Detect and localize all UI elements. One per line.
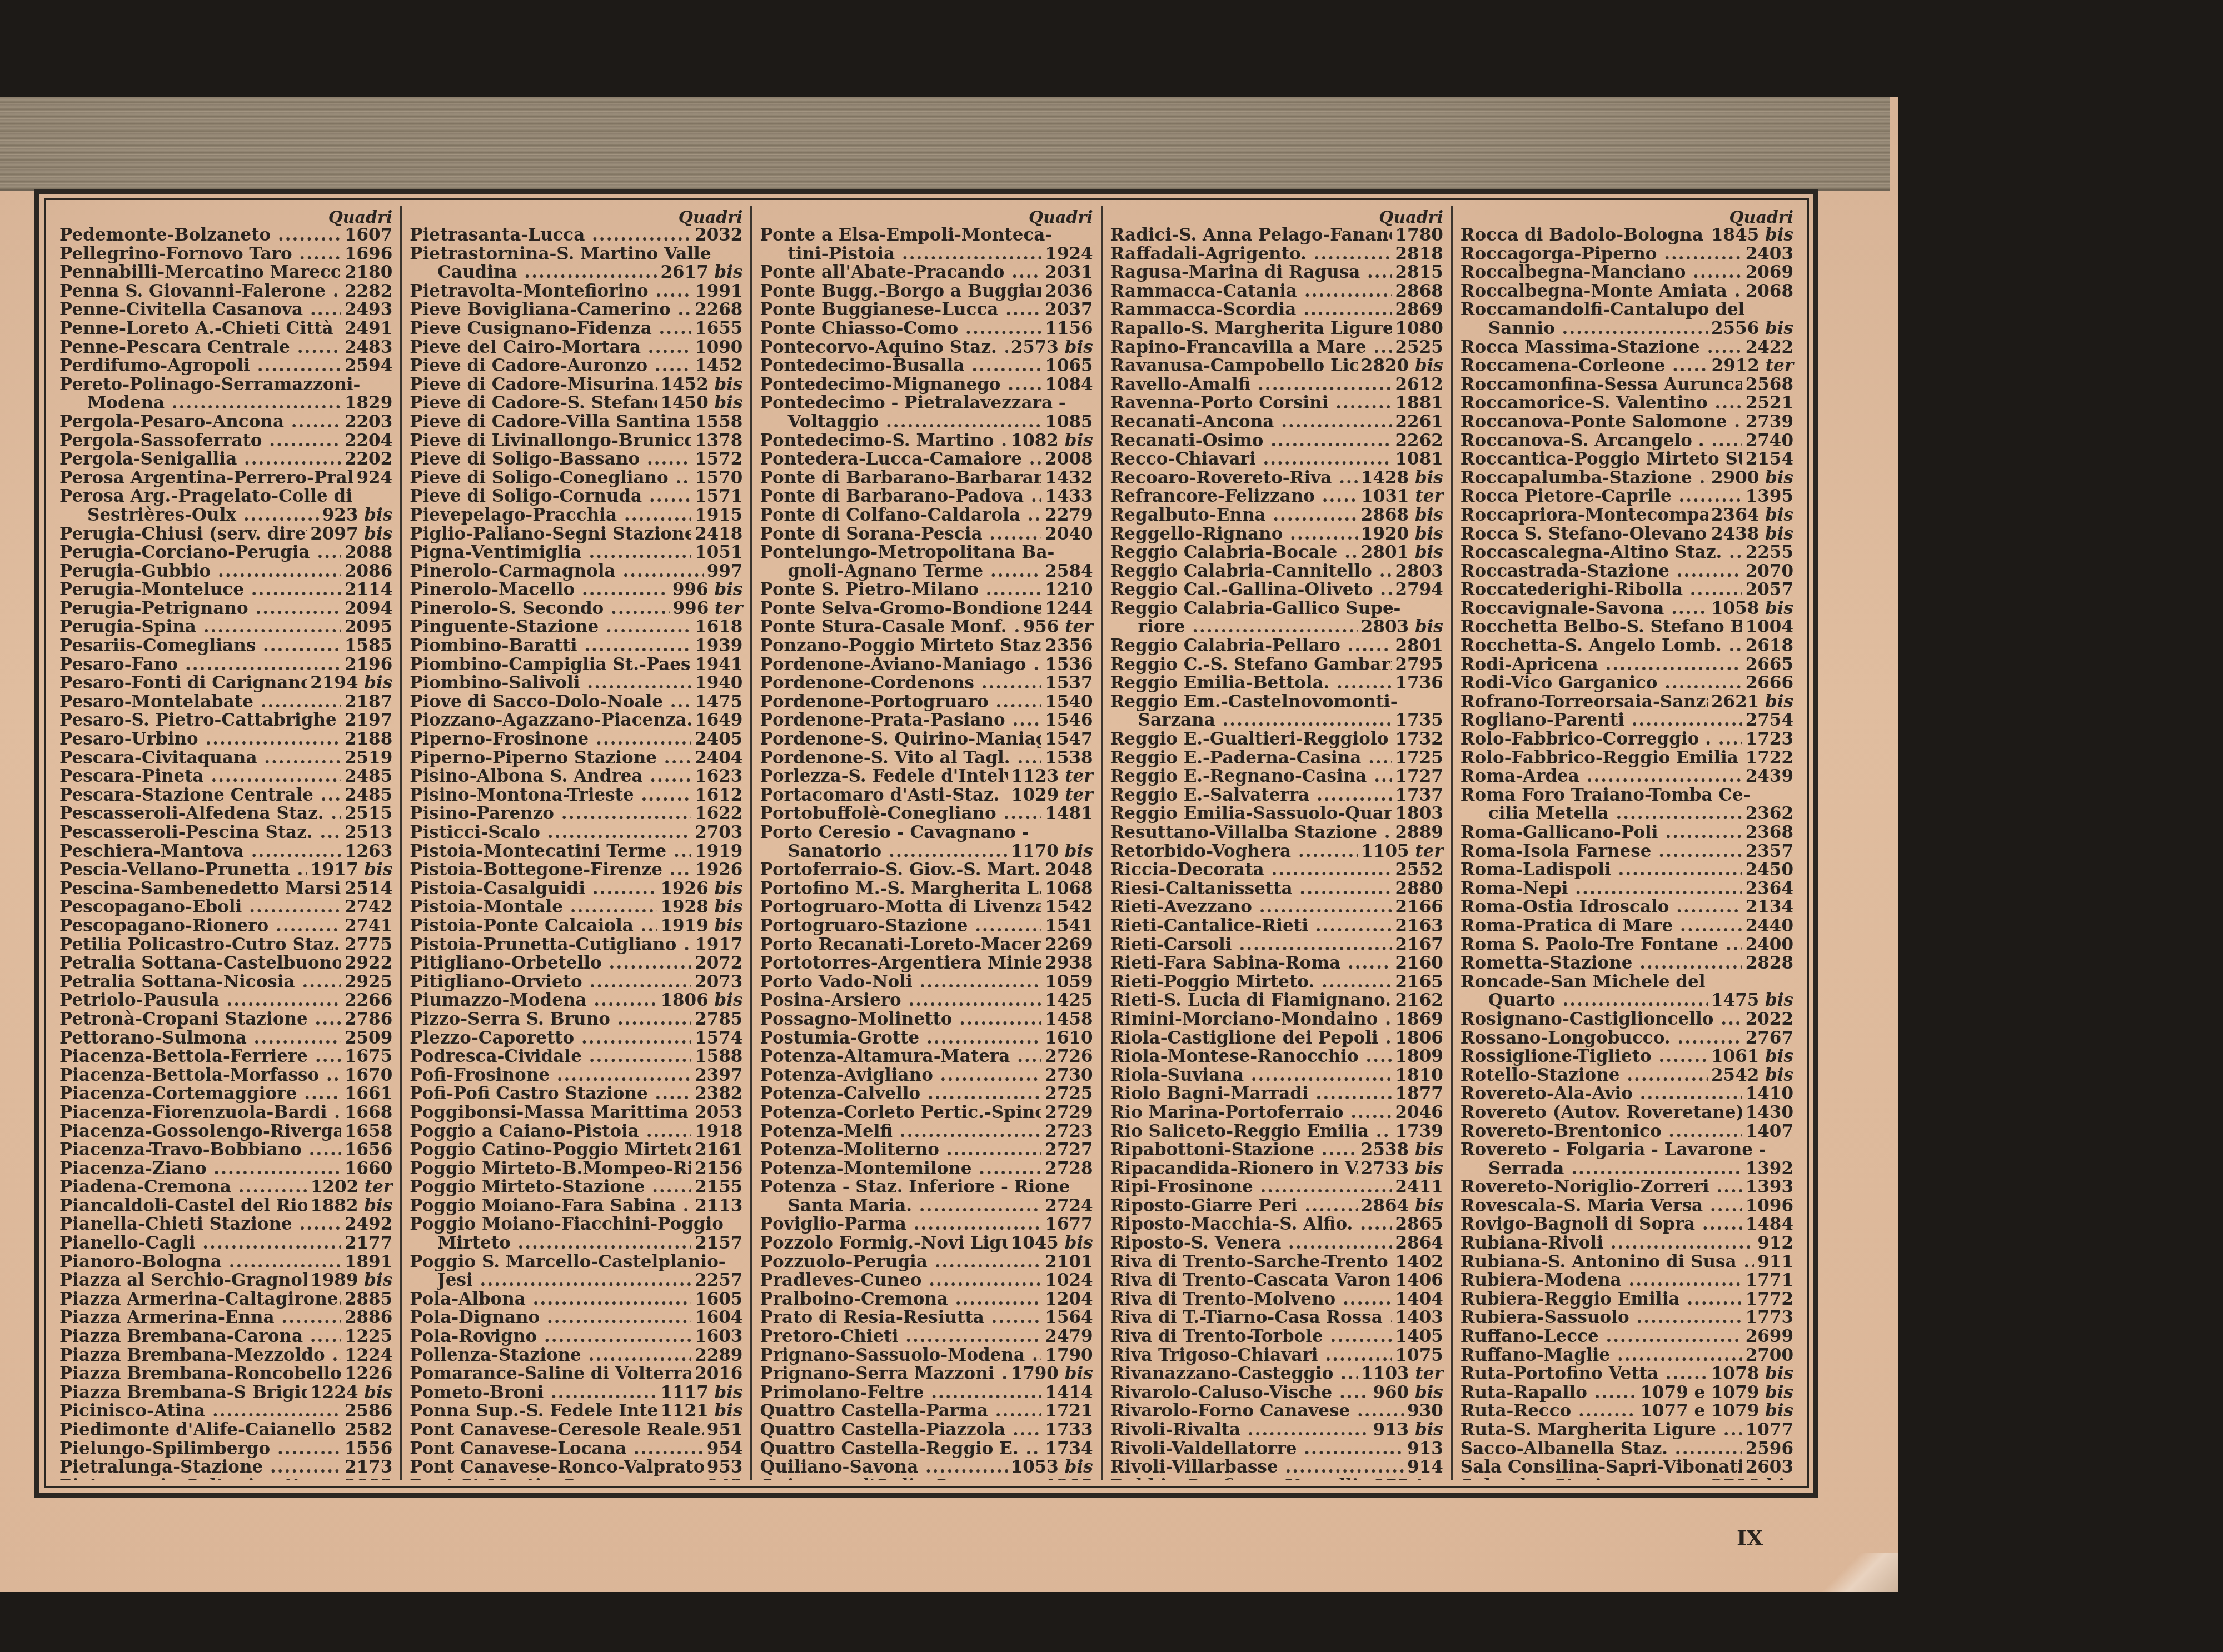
table-number: 2521 xyxy=(1742,394,1793,413)
route-name: Portotorres-Argentiera Miniera xyxy=(760,954,1041,973)
route-name: Porto Recanati-Loreto-Macerata xyxy=(760,936,1041,955)
route-name: Riposto-Giarre Peri xyxy=(1110,1197,1358,1216)
route-name: Recanati-Osimo xyxy=(1110,432,1392,451)
route-name: Potenza-Melfi xyxy=(760,1122,1041,1141)
table-number-value: 1452 xyxy=(695,356,742,376)
route-name: Pordenone-S. Vito al Tagl. xyxy=(760,749,1041,768)
table-number: 2706 bis xyxy=(1708,1477,1793,1480)
table-number: 2729 xyxy=(1041,1104,1093,1122)
route-name: Pordenone-S. Quirino-Maniago xyxy=(760,730,1041,749)
route-name: Ponte Bugg.-Borgo a Buggiano xyxy=(760,282,1041,301)
table-number: 2801 bis xyxy=(1358,543,1443,562)
table-number-value: 2869 xyxy=(1395,300,1443,320)
index-entry: Rieti-Fara Sabina-Roma2160 xyxy=(1110,954,1443,973)
table-number xyxy=(739,1215,742,1234)
table-number: 1024 xyxy=(1041,1271,1093,1290)
table-number-suffix: ter xyxy=(1065,785,1093,805)
route-name: Possagno-Molinetto xyxy=(760,1010,1041,1029)
table-number-value: 2568 xyxy=(1746,375,1793,395)
index-entry: Ruta-Recco1077 e 1079 bis xyxy=(1461,1402,1793,1421)
table-number: 2262 xyxy=(1392,432,1443,451)
table-number: 1156 xyxy=(1041,320,1093,338)
table-number-value: 2795 xyxy=(1395,655,1443,675)
index-entry: Rubiera-Modena1771 xyxy=(1461,1271,1793,1290)
index-entry: Quiliano-Savona1053 bis xyxy=(760,1458,1093,1477)
table-number: 1205 xyxy=(1041,1477,1093,1480)
table-number: 1610 xyxy=(1041,1029,1093,1048)
table-number-value: 1414 xyxy=(1045,1383,1093,1403)
route-name: Roma S. Paolo-Tre Fontane xyxy=(1461,936,1742,955)
table-number-value: 2519 xyxy=(345,748,392,768)
index-entry: Pordenone-Cordenons1537 xyxy=(760,674,1093,693)
route-name: Porto Ceresio - Cavagnano - xyxy=(760,823,1089,842)
table-number: 2666 xyxy=(1742,674,1793,693)
table-number-value: 1031 xyxy=(1361,486,1409,506)
table-number-value: 1096 xyxy=(1746,1196,1793,1216)
table-number-suffix: bis xyxy=(1065,337,1093,357)
table-number: 2438 bis xyxy=(1708,525,1793,544)
table-number-value: 1075 xyxy=(1395,1345,1443,1365)
route-name: Ponte a Elsa-Empoli-Monteca- xyxy=(760,226,1089,245)
table-number-suffix: bis xyxy=(715,262,743,282)
table-number-value: 1891 xyxy=(345,1252,392,1272)
table-number-value: 1810 xyxy=(1395,1065,1443,1085)
table-number-value: 2072 xyxy=(695,953,742,973)
table-number: 1558 xyxy=(691,413,742,432)
route-name: Riva di Trento-Molveno xyxy=(1110,1290,1392,1309)
table-number: 2742 xyxy=(341,898,392,917)
column-header-quadri: Quadri xyxy=(1110,209,1443,226)
index-entry: Rieti-Poggio Mirteto.2165 xyxy=(1110,973,1443,992)
route-name: Reggio Calabria-Cannitello xyxy=(1110,562,1392,581)
index-entry: Ravanusa-Campobello Licata2820 bis xyxy=(1110,357,1443,376)
table-number-value: 2724 xyxy=(1045,1196,1093,1216)
index-entry: Potenza-Moliterno2727 xyxy=(760,1141,1093,1160)
index-entry: Ponte di Colfano-Caldarola2279 xyxy=(760,506,1093,525)
route-name: Pinguente-Stazione xyxy=(410,618,691,637)
table-number: 2261 xyxy=(1392,413,1443,432)
index-entry: Ponte Chiasso-Como1156 xyxy=(760,320,1093,338)
index-entry: Retorbido-Voghera1105 ter xyxy=(1110,842,1443,861)
route-name: Rivarolo-Caluso-Vische xyxy=(1110,1384,1370,1403)
table-number-suffix: bis xyxy=(1765,1065,1793,1085)
table-number-value: 1475 xyxy=(695,692,742,712)
table-number-value: 1556 xyxy=(345,1439,392,1459)
table-number-suffix: ter xyxy=(365,1177,392,1197)
route-name: Pitigliano-Orvieto xyxy=(410,973,691,992)
table-number-value: 2040 xyxy=(1045,524,1093,544)
table-number: 2922 xyxy=(341,954,392,973)
table-number: 1085 xyxy=(1041,413,1093,432)
table-number: 2166 xyxy=(1392,898,1443,917)
table-number-suffix: bis xyxy=(364,860,392,880)
route-name: Pievepelago-Pracchia xyxy=(410,506,691,525)
route-name: Pieve di Cadore-Villa Santina xyxy=(410,413,691,432)
table-number-value: 2880 xyxy=(1395,879,1443,899)
table-number-suffix: bis xyxy=(1765,1476,1793,1480)
table-number: 1829 xyxy=(341,394,392,413)
route-name: Rieti-Cantalice-Rieti xyxy=(1110,917,1392,936)
table-number: 2767 xyxy=(1742,1029,1793,1048)
table-number-value: 1430 xyxy=(1746,1102,1793,1122)
table-number-value: 2515 xyxy=(345,803,392,823)
table-number: 1407 xyxy=(1742,1122,1793,1141)
index-entry: Pieve di Cadore-Auronzo1452 xyxy=(410,357,742,376)
route-name: Rieti-Poggio Mirteto. xyxy=(1110,973,1392,992)
table-number: 2885 xyxy=(341,1290,392,1309)
index-entry: Rocca Pietore-Caprile1395 xyxy=(1461,487,1793,506)
route-name: Pordenone-Portogruaro xyxy=(760,693,1041,712)
index-entry: Rotello-Stazione2542 bis xyxy=(1461,1066,1793,1085)
table-number-value: 2801 xyxy=(1361,542,1409,562)
table-number-value: 1806 xyxy=(660,990,708,1010)
route-name: Pisino-Parenzo xyxy=(410,805,691,823)
index-entry: Piacenza-Ziano1660 xyxy=(59,1160,392,1179)
table-number-value: 996 xyxy=(672,580,709,600)
route-name: Riva di Trento-Torbole xyxy=(1110,1327,1392,1346)
table-number-value: 1123 xyxy=(1011,766,1059,786)
index-entry: Pesaro-Fonti di Carignano2194 bis xyxy=(59,674,392,693)
table-number-value: 2775 xyxy=(345,935,392,955)
table-number-value: 1660 xyxy=(345,1159,392,1179)
table-number: 1919 xyxy=(691,842,742,861)
index-entry: Roccamandolfi-Cantalupo del xyxy=(1461,301,1793,320)
table-number-value: 2479 xyxy=(1045,1326,1093,1346)
table-number: 1537 xyxy=(1041,674,1093,693)
index-entry: Pieve di Livinallongo-Brunico1378 xyxy=(410,432,742,451)
route-name: Pometo-Broni xyxy=(410,1384,657,1403)
table-number: 2031 xyxy=(1041,263,1093,282)
index-entry: Petralia Sottana-Nicosia2925 xyxy=(59,973,392,992)
table-number: 1564 xyxy=(1041,1309,1093,1327)
route-name: Pozzuolo-Perugia xyxy=(760,1253,1041,1272)
index-entry: Perugia-Corciano-Perugia2088 xyxy=(59,543,392,562)
index-entry: Rapallo-S. Margherita Ligure.1080 xyxy=(1110,320,1443,338)
index-entry: Potenza-Avigliano2730 xyxy=(760,1066,1093,1085)
table-number-value: 2617 xyxy=(660,262,708,282)
table-number: 1425 xyxy=(1041,991,1093,1010)
table-number: 2514 xyxy=(341,880,392,899)
route-name: Piazza Armerina-Caltagirone. xyxy=(59,1290,341,1309)
table-number: 2492 xyxy=(341,1215,392,1234)
index-entry: Pinerolo-Carmagnola997 xyxy=(410,562,742,581)
table-number-value: 1450 xyxy=(660,393,708,413)
route-name: Rivoli-Villarbasse xyxy=(1110,1458,1404,1477)
route-name: Ponte di Barbarano-Barbarano xyxy=(760,469,1041,488)
table-number: 2161 xyxy=(691,1141,742,1160)
table-number-value: 2418 xyxy=(695,524,742,544)
table-number: 1723 xyxy=(1742,730,1793,749)
table-number-value: 1790 xyxy=(1045,1345,1093,1365)
index-entry: Ruta-Portofino Vetta1078 bis xyxy=(1461,1365,1793,1384)
route-name: Pieve di Soligo-Conegliano xyxy=(410,469,691,488)
table-number: 1772 xyxy=(1742,1290,1793,1309)
route-name: Pescina-Sambenedetto Marsi xyxy=(59,880,341,899)
table-number-suffix: bis xyxy=(1415,1196,1443,1216)
table-number-suffix: bis xyxy=(1415,505,1443,525)
route-name: Piazza Brembana-S Brigida xyxy=(59,1384,307,1403)
index-entry: Reggio E.-Gualtieri-Reggiolo .1732 xyxy=(1110,730,1443,749)
route-name: Pergola-Pesaro-Ancona xyxy=(59,413,341,432)
table-number: 2794 xyxy=(1392,581,1443,600)
table-number: 2157 xyxy=(691,1234,742,1253)
route-name: Pont Canavese-Locana xyxy=(410,1440,703,1459)
route-name: riore xyxy=(1138,618,1358,637)
route-name: Roccatederighi-Ribolla xyxy=(1461,581,1742,600)
index-entry: Pietralunga-Stazione2173 xyxy=(59,1458,392,1477)
table-number-value: 1574 xyxy=(695,1028,742,1048)
route-name: Roccavignale-Savona xyxy=(1461,600,1708,618)
table-number-suffix: bis xyxy=(1415,356,1443,376)
index-entry: Pola-Albona1605 xyxy=(410,1290,742,1309)
index-columns: QuadriPedemonte-Bolzaneto1607Pellegrino-… xyxy=(52,206,1801,1480)
route-name: Roccagorga-Piperno xyxy=(1461,245,1742,264)
index-entry: Ruffano-Lecce2699 xyxy=(1461,1327,1793,1346)
index-entry: Potenza-Montemilone2728 xyxy=(760,1160,1093,1179)
index-entry: Peschiera-Mantova1263 xyxy=(59,842,392,861)
index-entry: Pont Canavese-Locana954 xyxy=(410,1440,742,1459)
table-number-suffix: bis xyxy=(364,673,392,693)
table-number-value: 1484 xyxy=(1746,1214,1793,1234)
route-name: Rocca Pietore-Caprile xyxy=(1461,487,1742,506)
index-entry: Rocca di Badolo-Bologna1845 bis xyxy=(1461,226,1793,245)
table-number xyxy=(1790,301,1793,320)
table-number: 1224 xyxy=(341,1346,392,1365)
index-entry: Pinerolo-Macello996 bis xyxy=(410,581,742,600)
table-number-value: 1622 xyxy=(695,803,742,823)
table-number-value: 2868 xyxy=(1361,505,1409,525)
table-number: 2864 xyxy=(1392,1234,1443,1253)
table-number-value: 1610 xyxy=(1045,1028,1093,1048)
table-number: 2699 xyxy=(1742,1327,1793,1346)
route-name: Recoaro-Rovereto-Riva xyxy=(1110,469,1358,488)
table-number: 1079 e 1079 bis xyxy=(1637,1384,1793,1403)
route-name: Piove di Sacco-Dolo-Noale xyxy=(410,693,691,712)
table-number: 2203 xyxy=(341,413,392,432)
index-entry: Ponte di Barbarano-Padova1433 xyxy=(760,487,1093,506)
index-entry: Pitigliano-Orbetello2072 xyxy=(410,954,742,973)
table-number-value: 2586 xyxy=(345,1401,392,1421)
table-number-value: 1024 xyxy=(1045,1270,1093,1290)
index-entry: Penne-Pescara Centrale2483 xyxy=(59,338,392,357)
table-number: 1919 bis xyxy=(657,917,742,936)
index-entry: Reggio Cal.-Gallina-Oliveto2794 xyxy=(1110,581,1443,600)
table-number-value: 996 xyxy=(673,598,709,618)
index-entry: Reggello-Rignano1920 bis xyxy=(1110,525,1443,544)
table-number-value: 2048 xyxy=(1045,860,1093,880)
table-number: 1103 ter xyxy=(1358,1365,1443,1384)
index-entry: Rivoli-Villarbasse914 xyxy=(1110,1458,1443,1477)
route-name: tini-Pistoia xyxy=(787,245,1041,264)
table-number-value: 2134 xyxy=(1746,897,1793,917)
table-number-value: 1771 xyxy=(1746,1270,1793,1290)
table-number: 2279 xyxy=(1041,506,1093,525)
route-name: Roccapalumba-Stazione xyxy=(1461,469,1708,488)
index-entry: Piazza Brembana-Carona1225 xyxy=(59,1327,392,1346)
table-number-suffix: bis xyxy=(1765,1046,1793,1066)
index-column-3: QuadriPonte a Elsa-Empoli-Monteca-tini-P… xyxy=(752,206,1102,1480)
route-name: Pretoro-Chieti xyxy=(760,1327,1041,1346)
table-number: 2008 xyxy=(1041,450,1093,469)
table-number: 2173 xyxy=(341,1458,392,1477)
route-name: Rubiana-Rivoli xyxy=(1461,1234,1754,1253)
index-entry: Pontelungo-Metropolitana Ba- xyxy=(760,543,1093,562)
table-number: 2726 xyxy=(1041,1047,1093,1066)
index-entry: Voltaggio1085 xyxy=(760,413,1093,432)
table-number: 2889 xyxy=(1392,823,1443,842)
table-number: 2362 xyxy=(1742,805,1793,823)
table-number-suffix: bis xyxy=(1765,990,1793,1010)
index-entry: Rovescala-S. Maria Versa1096 xyxy=(1461,1197,1793,1216)
route-name: Reggio Emilia-Bettola. xyxy=(1110,674,1392,693)
table-number: 1939 xyxy=(691,637,742,656)
table-number-value: 1458 xyxy=(1045,1009,1093,1029)
route-name: Perugia-Monteluce xyxy=(59,581,341,600)
table-number-value: 1670 xyxy=(345,1065,392,1085)
table-number-value: 1065 xyxy=(1045,356,1093,376)
table-number: 2815 xyxy=(1392,263,1443,282)
table-number xyxy=(1790,1141,1793,1160)
index-entry: Piombino-Baratti1939 xyxy=(410,637,742,656)
index-entry: Pievepelago-Pracchia1915 xyxy=(410,506,742,525)
route-name: Poggibonsi-Massa Marittima xyxy=(410,1104,691,1122)
table-number-value: 2362 xyxy=(1746,803,1793,823)
table-number-value: 2786 xyxy=(345,1009,392,1029)
route-name: Voltaggio xyxy=(787,413,1041,432)
table-number: 1080 xyxy=(1392,320,1443,338)
table-number: 1402 xyxy=(1392,1253,1443,1272)
table-number-value: 953 xyxy=(707,1457,743,1477)
index-entry: Pontedecimo - Pietralavezzara - xyxy=(760,394,1093,413)
index-entry: Poggio S. Marcello-Castelplanio- xyxy=(410,1253,742,1272)
table-number xyxy=(1440,600,1443,618)
table-number-value: 1737 xyxy=(1395,785,1443,805)
index-column-1: QuadriPedemonte-Bolzaneto1607Pellegrino-… xyxy=(52,206,402,1480)
route-name: Roccamorice-S. Valentino xyxy=(1461,394,1742,413)
route-name: Pistoia-Montale xyxy=(410,898,657,917)
table-number-suffix: bis xyxy=(1765,692,1793,712)
table-number: 2700 xyxy=(1742,1346,1793,1365)
table-number-value: 1696 xyxy=(345,244,392,264)
table-number-value: 997 xyxy=(707,561,743,581)
table-number: 2573 bis xyxy=(1008,338,1093,357)
route-name: Roccamandolfi-Cantalupo del xyxy=(1461,301,1790,320)
table-number: 1450 bis xyxy=(657,394,742,413)
table-number: 2785 xyxy=(691,1010,742,1029)
table-number-value: 2509 xyxy=(345,1028,392,1048)
index-entry: Ragusa-Marina di Ragusa2815 xyxy=(1110,263,1443,282)
route-name: Sanatorio xyxy=(787,842,1007,861)
table-number-value: 1224 xyxy=(310,1383,358,1403)
route-name: Pordenone-Cordenons xyxy=(760,674,1041,693)
index-entry: Prignano-Serra Mazzoni1790 bis xyxy=(760,1365,1093,1384)
index-entry: Reggio E.-Paderna-Casina1725 xyxy=(1110,749,1443,768)
table-number: 2880 xyxy=(1392,880,1443,899)
table-number-suffix: ter xyxy=(1415,1364,1443,1384)
table-number-value: 1393 xyxy=(1746,1177,1793,1197)
index-entry: Rossano-Longobucco.2767 xyxy=(1461,1029,1793,1048)
table-number-value: 2820 xyxy=(1361,356,1409,376)
route-name: Pralboino-Cremona xyxy=(760,1290,1041,1309)
route-name: Pellegrino-Fornovo Taro xyxy=(59,245,341,264)
table-number: 2403 xyxy=(1742,245,1793,264)
table-number: 2818 xyxy=(1392,245,1443,264)
table-number-value: 1452 xyxy=(660,375,708,395)
route-name: Piazza Brembana-Roncobello. xyxy=(59,1365,341,1384)
table-number: 1924 xyxy=(1041,245,1093,264)
table-number-value: 2101 xyxy=(1045,1252,1093,1272)
table-number: 2073 xyxy=(691,973,742,992)
table-number-value: 2289 xyxy=(695,1345,742,1365)
table-number: 1725 xyxy=(1392,749,1443,768)
table-number-value: 1392 xyxy=(1746,1159,1793,1179)
index-entry: Rieti-Cantalice-Rieti2163 xyxy=(1110,917,1443,936)
table-number: 1806 xyxy=(1392,1029,1443,1048)
column-header-quadri: Quadri xyxy=(760,209,1093,226)
table-number-suffix: bis xyxy=(1765,225,1793,245)
route-name: Ruta-Rapallo xyxy=(1461,1384,1637,1403)
table-number: 2097 bis xyxy=(307,525,392,544)
table-number-value: 2268 xyxy=(695,300,742,320)
table-number: 2617 bis xyxy=(657,263,742,282)
table-number-value: 2266 xyxy=(345,990,392,1010)
route-name: Piazza Brembana-Mezzoldo xyxy=(59,1346,341,1365)
route-name: Roccalbegna-Manciano xyxy=(1461,263,1742,282)
table-number-value: 1989 xyxy=(310,1270,358,1290)
table-number-value: 1917 xyxy=(695,935,742,955)
table-number: 996 ter xyxy=(670,600,743,618)
index-entry: Ravenna-Porto Corsini1881 xyxy=(1110,394,1443,413)
route-name: Rossano-Longobucco. xyxy=(1461,1029,1742,1048)
route-name: Reggio E.-Salvaterra xyxy=(1110,786,1392,805)
table-number: 1452 bis xyxy=(657,376,742,395)
table-number: 1809 xyxy=(1392,1047,1443,1066)
index-entry: Rimini-Morciano-Mondaino1869 xyxy=(1110,1010,1443,1029)
table-number: 1727 xyxy=(1392,767,1443,786)
route-name: Perugia-Corciano-Perugia xyxy=(59,543,341,562)
table-number: 2364 xyxy=(1742,880,1793,899)
table-number-value: 2794 xyxy=(1395,580,1443,600)
table-number: 951 xyxy=(704,1421,743,1440)
table-number-value: 1928 xyxy=(660,897,708,917)
index-entry: Pescasseroli-Pescina Staz.2513 xyxy=(59,823,392,842)
table-number: 1121 bis xyxy=(657,1402,742,1421)
index-entry: Roma-Ladispoli2450 xyxy=(1461,861,1793,880)
table-number: 1773 xyxy=(1742,1309,1793,1327)
table-number-value: 2733 xyxy=(1361,1159,1409,1179)
route-name: Pedemonte-Bolzaneto xyxy=(59,226,341,245)
table-number-suffix: bis xyxy=(715,1383,743,1403)
table-number-value: 2485 xyxy=(345,766,392,786)
index-entry: Poggio Mirteto-Stazione2155 xyxy=(410,1178,742,1197)
table-number: 2868 xyxy=(1392,282,1443,301)
route-name: Ripacandida-Rionero in V. xyxy=(1110,1160,1358,1179)
route-name: Piglio-Paliano-Segni Stazione. xyxy=(410,525,691,544)
index-entry: Pieve di Cadore-S. Stefano1450 bis xyxy=(410,394,742,413)
index-entry: Quarto1475 bis xyxy=(1461,991,1793,1010)
table-number-suffix: bis xyxy=(715,1401,743,1421)
table-number: 953 xyxy=(704,1458,743,1477)
index-entry: Ponte di Barbarano-Barbarano1432 xyxy=(760,469,1093,488)
route-name: Piacenza-Bettola-Ferriere xyxy=(59,1047,341,1066)
index-entry: Pietravolta-Montefiorino1991 xyxy=(410,282,742,301)
route-name: Pola-Albona xyxy=(410,1290,691,1309)
table-number: 912 xyxy=(1754,1234,1793,1253)
table-number: 2485 xyxy=(341,767,392,786)
route-name: Pianella-Chieti Stazione xyxy=(59,1215,341,1234)
table-number: 1623 xyxy=(691,767,742,786)
index-entry: Roccapriora-Montecompatri2364 bis xyxy=(1461,506,1793,525)
